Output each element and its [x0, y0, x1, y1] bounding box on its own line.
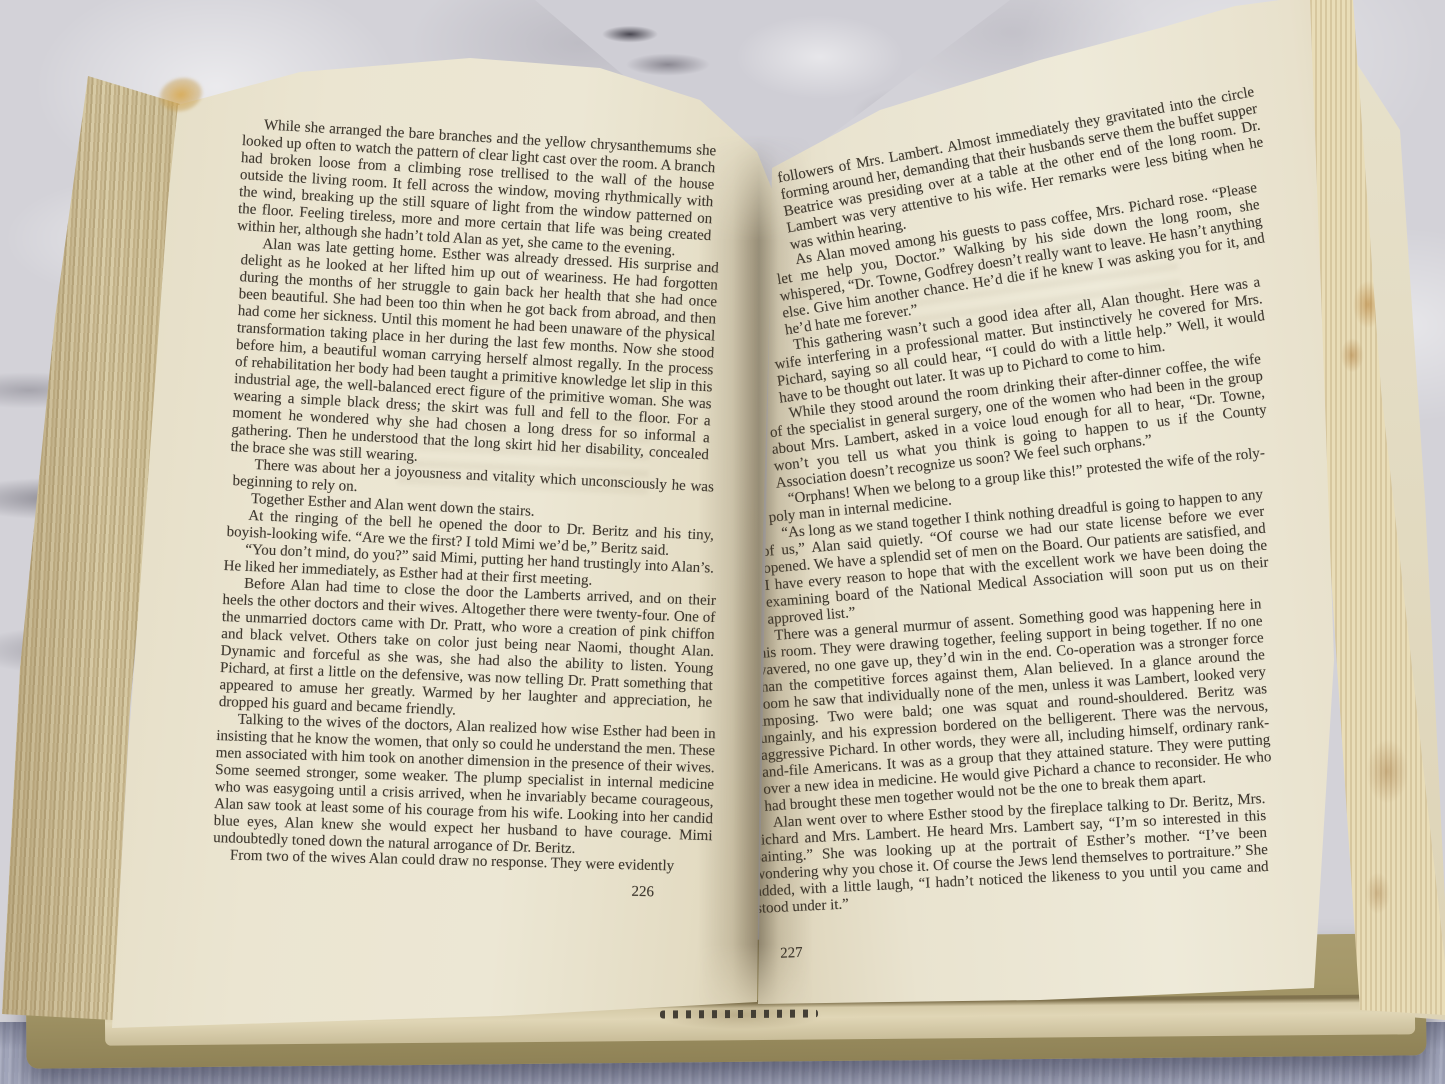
page-227-text: followers of Mrs. Lambert. Almost immedi… [784, 170, 1268, 953]
paragraph: There was a general murmur of assent. So… [753, 596, 1273, 815]
paragraph: Before Alan had time to close the door t… [219, 575, 717, 729]
spine-stitching [660, 1009, 818, 1018]
paragraph: Talking to the wives of the doctors, Ala… [213, 711, 716, 862]
page-226-text: While she arranged the bare branches and… [240, 116, 714, 897]
right-page: followers of Mrs. Lambert. Almost immedi… [740, 0, 1385, 1015]
paragraph: Alan was late getting home. Esther was a… [230, 235, 719, 481]
book-photo-scene: While she arranged the bare branches and… [0, 0, 1445, 1084]
left-page-number: 226 [240, 874, 714, 903]
left-page: While she arranged the bare branches and… [100, 50, 780, 1035]
right-page-number: 227 [758, 925, 1268, 963]
